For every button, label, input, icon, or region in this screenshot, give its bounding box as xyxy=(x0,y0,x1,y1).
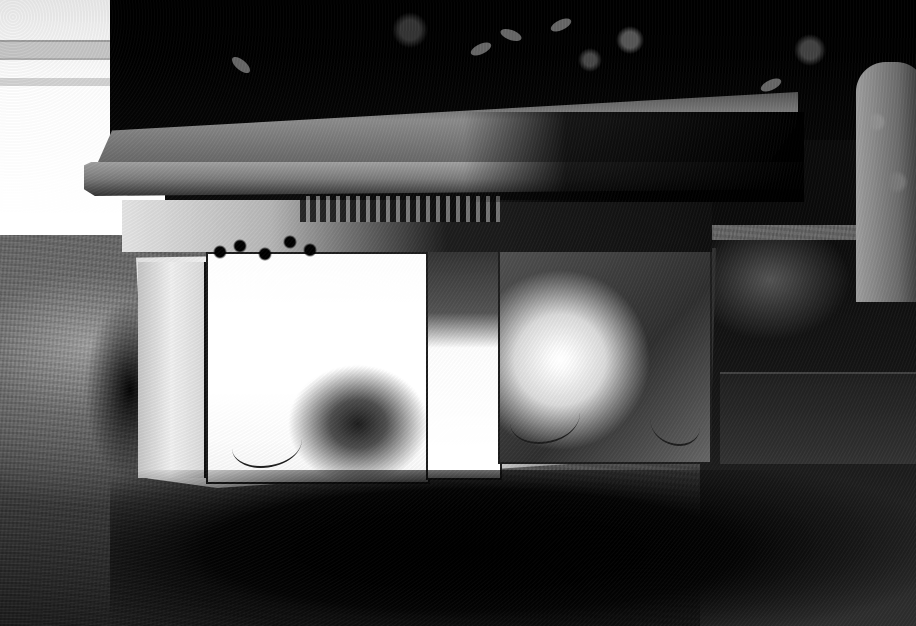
tomb-lid xyxy=(84,72,804,202)
stone-slab-right xyxy=(720,372,916,464)
lid-shade xyxy=(464,112,804,202)
tomb-corner-pilaster xyxy=(138,262,207,478)
ground-shadow xyxy=(110,470,916,626)
tomb-panel-center xyxy=(426,240,502,480)
photograph: Black-and-white photograph of a weathere… xyxy=(0,0,916,626)
ivy-tendril xyxy=(210,232,320,266)
headstone xyxy=(856,62,916,302)
